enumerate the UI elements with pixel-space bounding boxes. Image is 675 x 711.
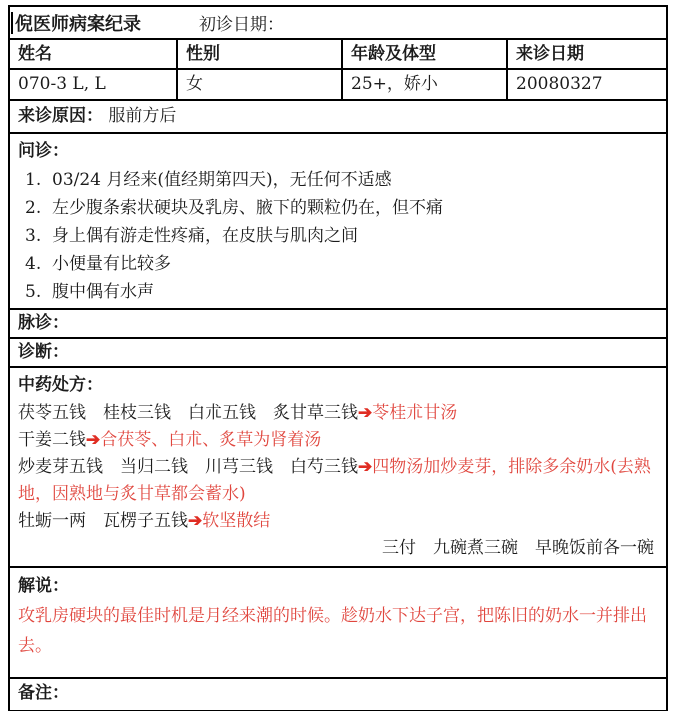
arrow-icon: ➔ [358, 403, 372, 423]
pulse-label: 脉诊： [18, 313, 69, 333]
inquiry-item-text: 03/24 月经来(值经期第四天)，无任何不适感 [52, 170, 392, 190]
explanation-label: 解说： [18, 571, 658, 601]
herbs-text: 干姜二钱 [18, 430, 86, 450]
explanation-text: 攻乳房硬块的最佳时机是月经来潮的时候。趁奶水下达子宫，把陈旧的奶水一并排出去。 [18, 601, 658, 661]
explanation-section: 解说： 攻乳房硬块的最佳时机是月经来潮的时候。趁奶水下达子宫，把陈旧的奶水一并排… [10, 566, 666, 677]
inquiry-item-number: 2. [25, 194, 52, 222]
patient-gender-value: 女 [176, 70, 341, 99]
prescription-line: 炒麦芽五钱 当归二钱 川芎三钱 白芍三钱➔四物汤加炒麦芽，排除多余奶水(去熟地，… [18, 454, 658, 508]
prescription-line: 牡蛎一两 瓦楞子五钱➔软坚散结 [18, 508, 658, 535]
inquiry-item-text: 腹中偶有水声 [52, 282, 154, 302]
notes-label: 备注： [18, 683, 69, 703]
formula-annotation: 合茯苓、白朮、炙草为肾着汤 [100, 430, 321, 450]
patient-visit-date-value: 20080327 [506, 70, 666, 99]
inquiry-item-number: 1. [25, 166, 52, 194]
col-header-gender: 性别 [176, 40, 341, 68]
col-header-age-build: 年龄及体型 [341, 40, 506, 68]
page-title: 倪医师病案纪录 [15, 10, 141, 36]
visit-reason-label: 来诊原因： [18, 106, 103, 126]
arrow-icon: ➔ [188, 511, 202, 531]
arrow-icon: ➔ [358, 457, 372, 477]
prescription-section: 中药处方： 茯苓五钱 桂枝三钱 白朮五钱 炙甘草三钱➔苓桂朮甘汤 干姜二钱➔合茯… [10, 366, 666, 566]
herbs-text: 牡蛎一两 瓦楞子五钱 [18, 511, 188, 531]
title-row: 倪医师病案纪录 初诊日期： [10, 7, 666, 38]
medical-record-document: 倪医师病案纪录 初诊日期： 姓名 性别 年龄及体型 来诊日期 070-3 L, … [8, 5, 668, 711]
herbs-text: 茯苓五钱 桂枝三钱 白朮五钱 炙甘草三钱 [18, 403, 358, 423]
first-visit-date-label: 初诊日期： [199, 10, 284, 35]
inquiry-label: 问诊： [18, 136, 658, 166]
patient-values-row: 070-3 L, L 女 25+，娇小 20080327 [10, 68, 666, 99]
formula-annotation: 软坚散结 [202, 511, 270, 531]
dosage-instructions: 三付 九碗煮三碗 早晚饭前各一碗 [18, 535, 658, 562]
patient-age-build-value: 25+，娇小 [341, 70, 506, 99]
inquiry-item: 5.腹中偶有水声 [18, 278, 658, 306]
patient-name-value: 070-3 L, L [10, 70, 176, 99]
col-header-name: 姓名 [10, 40, 176, 68]
inquiry-item: 3.身上偶有游走性疼痛，在皮肤与肌肉之间 [18, 222, 658, 250]
inquiry-section: 问诊： 1.03/24 月经来(值经期第四天)，无任何不适感 2.左少腹条索状硬… [10, 132, 666, 308]
col-header-visit-date: 来诊日期 [506, 40, 666, 68]
inquiry-item-number: 5. [25, 278, 52, 306]
notes-row: 备注： [10, 677, 666, 710]
patient-header-row: 姓名 性别 年龄及体型 来诊日期 [10, 38, 666, 68]
prescription-line: 茯苓五钱 桂枝三钱 白朮五钱 炙甘草三钱➔苓桂朮甘汤 [18, 400, 658, 427]
diagnosis-label: 诊断： [18, 342, 69, 362]
formula-annotation: 苓桂朮甘汤 [372, 403, 457, 423]
herbs-text: 炒麦芽五钱 当归二钱 川芎三钱 白芍三钱 [18, 457, 358, 477]
visit-reason-row: 来诊原因： 服前方后 [10, 99, 666, 132]
visit-reason-value: 服前方后 [108, 106, 176, 126]
inquiry-item: 1.03/24 月经来(值经期第四天)，无任何不适感 [18, 166, 658, 194]
inquiry-item: 4.小便量有比较多 [18, 250, 658, 278]
inquiry-item-number: 3. [25, 222, 52, 250]
diagnosis-row: 诊断： [10, 337, 666, 366]
inquiry-item-text: 小便量有比较多 [52, 254, 171, 274]
text-cursor [11, 12, 13, 34]
inquiry-item-text: 身上偶有游走性疼痛，在皮肤与肌肉之间 [52, 226, 358, 246]
prescription-line: 干姜二钱➔合茯苓、白朮、炙草为肾着汤 [18, 427, 658, 454]
inquiry-item-number: 4. [25, 250, 52, 278]
pulse-diagnosis-row: 脉诊： [10, 308, 666, 337]
prescription-label: 中药处方： [18, 370, 658, 400]
arrow-icon: ➔ [86, 430, 100, 450]
inquiry-item-text: 左少腹条索状硬块及乳房、腋下的颗粒仍在，但不痛 [52, 198, 443, 218]
inquiry-item: 2.左少腹条索状硬块及乳房、腋下的颗粒仍在，但不痛 [18, 194, 658, 222]
